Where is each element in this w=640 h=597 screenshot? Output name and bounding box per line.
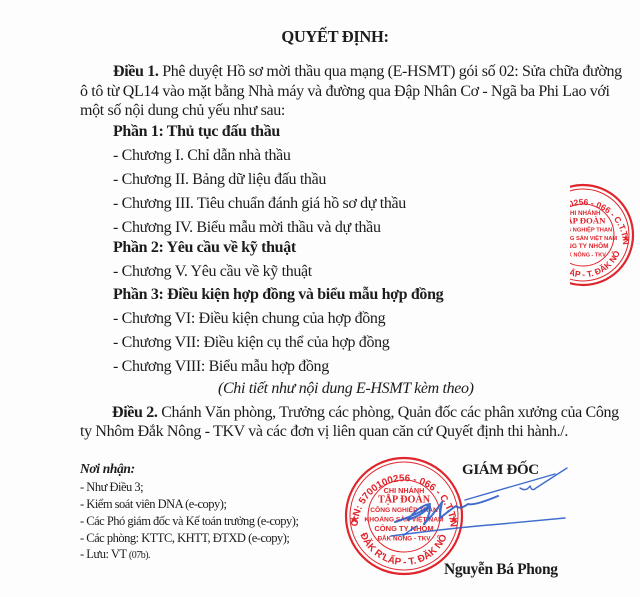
article2-label: Điều 2. — [112, 404, 158, 421]
svg-text:★: ★ — [536, 234, 544, 244]
svg-text:CÔNG TY NHÔM: CÔNG TY NHÔM — [557, 241, 608, 250]
recipient-item: - Các Phó giám đốc và Kế toán trưởng (e-… — [80, 513, 298, 529]
article2-text-1: Chánh Văn phòng, Trưởng các phòng, Quản … — [161, 404, 619, 421]
chapter-item: - Chương II. Bảng dữ liệu đấu thầu — [113, 170, 326, 190]
article1-label: Điều 1. — [113, 63, 159, 80]
recipient-item: - Kiểm soát viên DNA (e-copy); — [80, 496, 226, 512]
part2-heading: Phần 2: Yêu cầu về kỹ thuật — [113, 238, 296, 258]
attachment-note: (Chi tiết như nội dung E-HSMT kèm theo) — [218, 379, 474, 399]
article1-line2: ô tô từ QL14 vào mặt bằng Nhà máy và đườ… — [80, 82, 610, 102]
chapter-item: - Chương I. Chỉ dẫn nhà thầu — [113, 146, 291, 166]
recipient-item: - Như Điều 3; — [80, 479, 143, 495]
chapter-item: - Chương III. Tiêu chuẩn đánh giá hồ sơ … — [113, 194, 406, 214]
recipient-item: - Các phòng: KTTC, KHTT, ĐTXD (e-copy); — [80, 530, 289, 546]
archive-count: (07b). — [129, 550, 150, 561]
article2-line2: ty Nhôm Đắk Nông - TKV và các đơn vị liê… — [80, 422, 568, 442]
handwritten-signature-icon — [355, 460, 585, 560]
part1-heading: Phần 1: Thủ tục đấu thầu — [113, 122, 280, 142]
archive-label: - Lưu: VT — [80, 547, 126, 561]
document-title: QUYẾT ĐỊNH: — [0, 27, 640, 47]
chapter-item: - Chương VII: Điều kiện cụ thể của hợp đ… — [113, 333, 389, 353]
part3-heading: Phần 3: Điều kiện hợp đồng và biểu mẫu h… — [113, 285, 443, 305]
chapter-item: - Chương IV. Biểu mẫu mời thầu và dự thầ… — [113, 218, 381, 238]
svg-text:TẬP ĐOÀN: TẬP ĐOÀN — [561, 215, 607, 225]
chapter-item: - Chương V. Yêu cầu về kỹ thuật — [113, 262, 312, 282]
seam-stamp-icon: M.S.C.N: 5700100256 - 066 - C.T.T.N.H.HH… — [520, 170, 640, 300]
article1-line1: Điều 1. Phê duyệt Hồ sơ mời thầu qua mạn… — [113, 62, 622, 82]
recipients-heading: Nơi nhận: — [80, 461, 135, 477]
article1-text-1: Phê duyệt Hồ sơ mời thầu qua mạng (E-HSM… — [162, 63, 622, 80]
chapter-item: - Chương VI: Điều kiện chung của hợp đồn… — [113, 309, 385, 329]
decision-document-page: QUYẾT ĐỊNH: Điều 1. Phê duyệt Hồ sơ mời … — [0, 0, 640, 597]
svg-text:KHOÁNG SẢN VIỆT NAM: KHOÁNG SẢN VIỆT NAM — [549, 234, 618, 242]
svg-text:ĐẮK NÔNG - TKV: ĐẮK NÔNG - TKV — [560, 250, 606, 258]
chapter-item: - Chương VIII: Biểu mẫu hợp đồng — [113, 357, 329, 377]
svg-text:★: ★ — [622, 234, 630, 244]
recipient-item-archive: - Lưu: VT (07b). — [80, 546, 150, 564]
svg-text:CÔNG NGHIỆP THAN: CÔNG NGHIỆP THAN — [554, 226, 612, 234]
article1-line3: một số nội dung chủ yếu như sau: — [80, 101, 285, 121]
article2-line1: Điều 2. Chánh Văn phòng, Trưởng các phòn… — [112, 403, 619, 423]
